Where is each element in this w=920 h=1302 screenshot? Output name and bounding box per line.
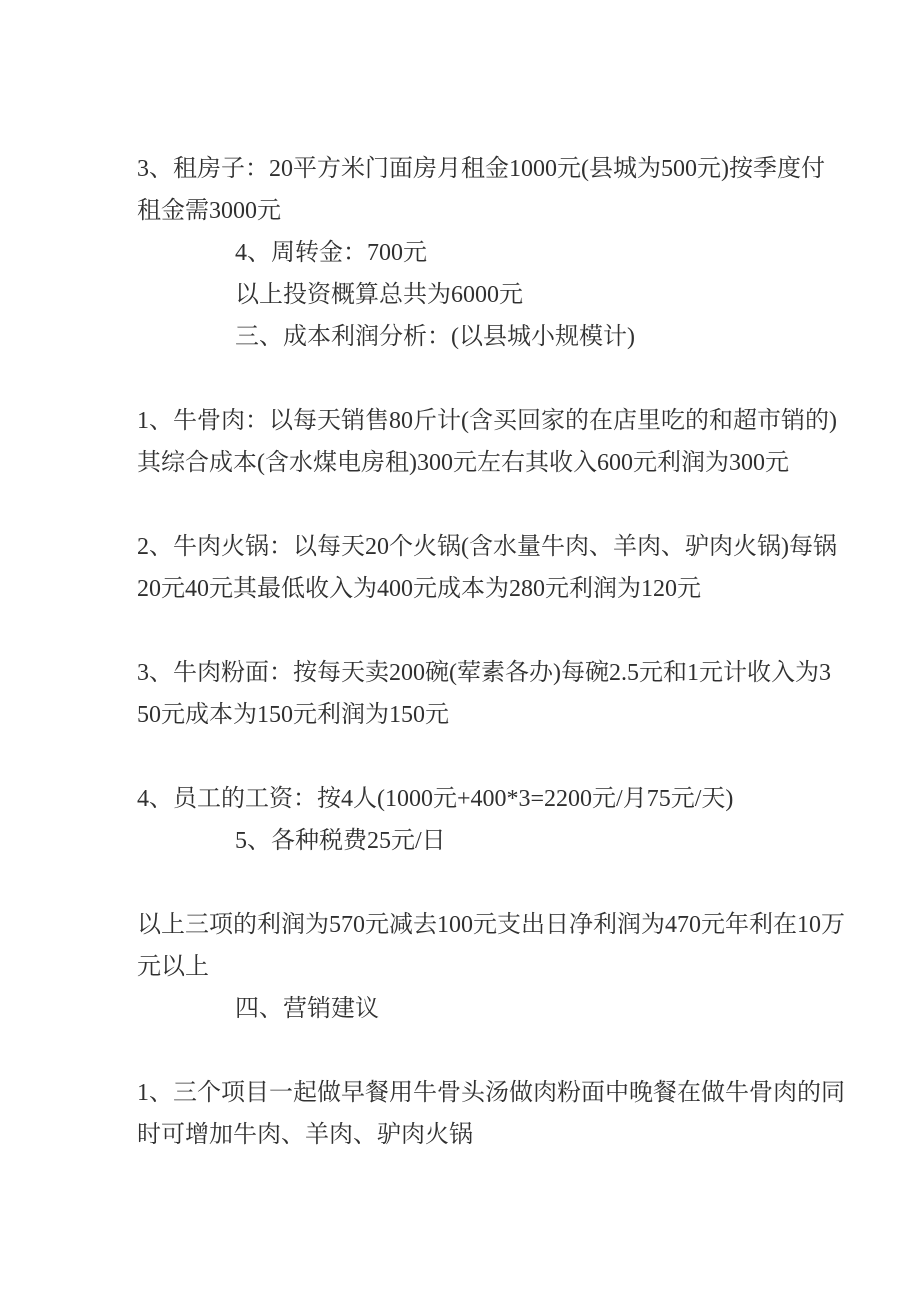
text-line: 以上投资概算总共为6000元 xyxy=(0,274,920,316)
text-line: 四、营销建议 xyxy=(0,988,920,1030)
text-line: 3、牛肉粉面：按每天卖200碗(荤素各办)每碗2.5元和1元计收入为3 xyxy=(0,652,920,694)
text-line: 其综合成本(含水煤电房租)300元左右其收入600元利润为300元 xyxy=(0,442,920,484)
text-line: 以上三项的利润为570元减去100元支出日净利润为470元年利在10万 xyxy=(0,904,920,946)
blank-line xyxy=(0,484,920,526)
document-page: 3、租房子：20平方米门面房月租金1000元(县城为500元)按季度付租金需30… xyxy=(0,0,920,1302)
text-line: 3、租房子：20平方米门面房月租金1000元(县城为500元)按季度付 xyxy=(0,148,920,190)
text-line: 50元成本为150元利润为150元 xyxy=(0,694,920,736)
text-line: 元以上 xyxy=(0,946,920,988)
text-line: 1、三个项目一起做早餐用牛骨头汤做肉粉面中晚餐在做牛骨肉的同 xyxy=(0,1072,920,1114)
blank-line xyxy=(0,736,920,778)
blank-line xyxy=(0,358,920,400)
text-line: 时可增加牛肉、羊肉、驴肉火锅 xyxy=(0,1114,920,1156)
blank-line xyxy=(0,1030,920,1072)
text-line: 1、牛骨肉：以每天销售80斤计(含买回家的在店里吃的和超市销的) xyxy=(0,400,920,442)
text-line: 2、牛肉火锅：以每天20个火锅(含水量牛肉、羊肉、驴肉火锅)每锅 xyxy=(0,526,920,568)
text-line: 20元40元其最低收入为400元成本为280元利润为120元 xyxy=(0,568,920,610)
text-line: 租金需3000元 xyxy=(0,190,920,232)
text-line: 4、周转金：700元 xyxy=(0,232,920,274)
text-line: 4、员工的工资：按4人(1000元+400*3=2200元/月75元/天) xyxy=(0,778,920,820)
blank-line xyxy=(0,610,920,652)
text-line: 5、各种税费25元/日 xyxy=(0,820,920,862)
blank-line xyxy=(0,862,920,904)
text-line: 三、成本利润分析：(以县城小规模计) xyxy=(0,316,920,358)
